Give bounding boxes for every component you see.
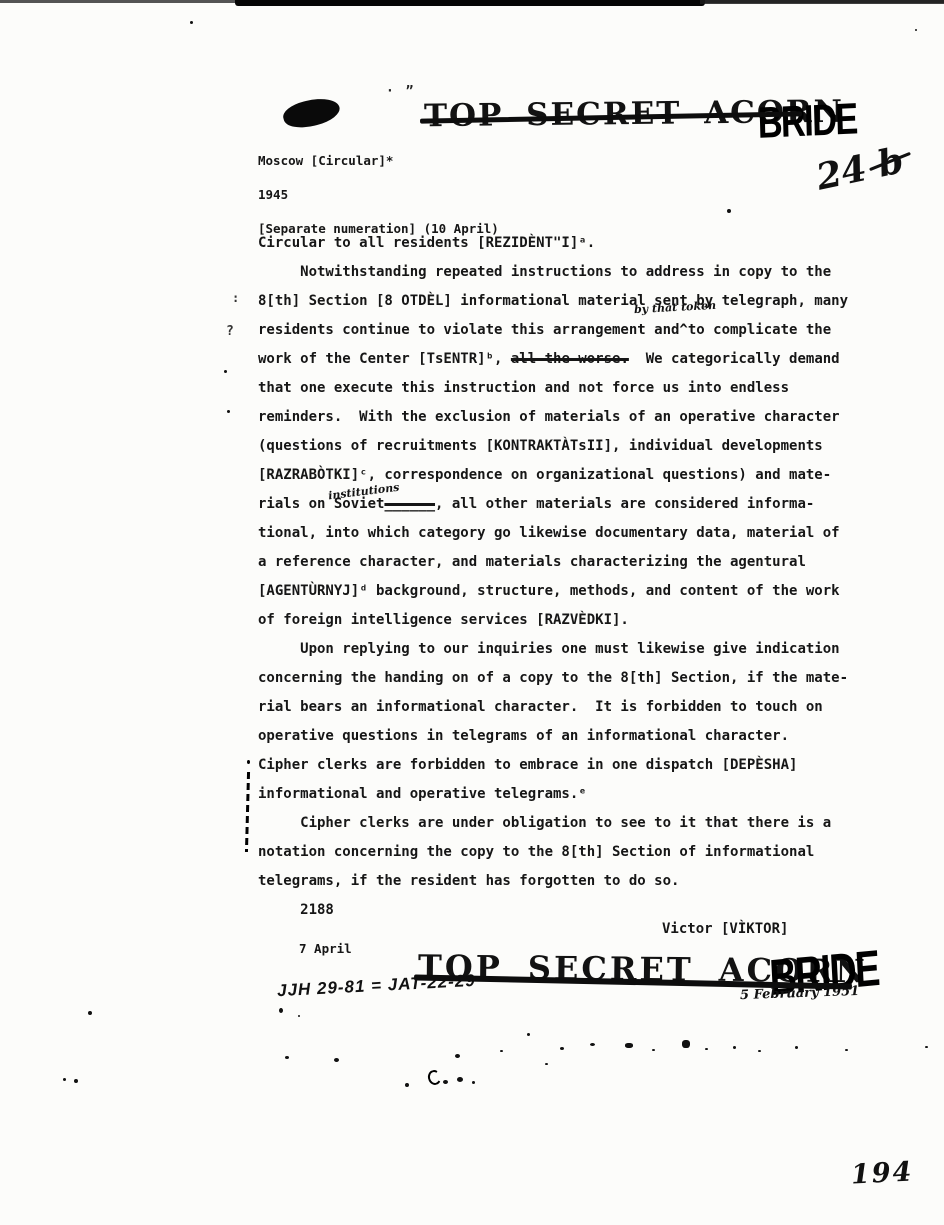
typed-text: reminders. With the exclusion of materia… <box>258 409 840 425</box>
year-line: 1945 <box>258 187 288 202</box>
document-line: 8[th] Section [8 OTDÈL] informational ma… <box>258 287 848 316</box>
typed-text: rial bears an informational character. I… <box>258 699 823 715</box>
address-block: Moscow [Circular]* 1945 [Separate numera… <box>258 152 499 237</box>
margin-mark: : <box>232 291 239 305</box>
document-line: Cipher clerks are forbidden to embrace i… <box>258 751 848 780</box>
scan-speck <box>298 1015 300 1017</box>
scan-speck <box>63 1078 66 1081</box>
typed-text: [RAZRABÒTKI]ᶜ, correspondence on organiz… <box>258 467 831 483</box>
scan-speck <box>74 1079 78 1083</box>
scan-speck <box>590 1043 595 1046</box>
scan-speck <box>682 1040 690 1048</box>
document-line: notation concerning the copy to the 8[th… <box>258 838 848 867</box>
scan-speck <box>915 29 917 31</box>
typed-text: Notwithstanding repeated instructions to… <box>258 264 831 280</box>
scan-speck <box>334 1058 339 1062</box>
scan-speck <box>727 209 731 213</box>
document-line: [AGENTÙRNYJ]ᵈ background, structure, met… <box>258 577 848 606</box>
typed-text: informational and operative telegrams.ᵉ <box>258 786 587 802</box>
scan-speck <box>758 1050 761 1052</box>
struck-text: ______ <box>384 496 435 512</box>
scan-speck <box>795 1046 798 1049</box>
scan-speck <box>500 1050 503 1052</box>
scan-speck <box>925 1046 928 1048</box>
typed-text: residents continue to violate this arran… <box>258 322 831 338</box>
scan-speck <box>705 1048 708 1050</box>
typed-text: [AGENTÙRNYJ]ᵈ background, structure, met… <box>258 583 840 599</box>
scan-mark-crescent <box>426 1069 442 1087</box>
document-line: [RAZRABÒTKI]ᶜ, correspondence on organiz… <box>258 461 848 490</box>
typed-text: work of the Center [TsENTR]ᵇ, <box>258 351 511 367</box>
typed-text: Circular to all residents [REZIDÈNT"I]ᵃ. <box>258 235 595 251</box>
typed-text: notation concerning the copy to the 8[th… <box>258 844 814 860</box>
typed-text: 8[th] Section [8 OTDÈL] informational ma… <box>258 293 848 309</box>
typed-text: telegrams, if the resident has forgotten… <box>258 873 679 889</box>
signature-line: Victor [VÌKTOR] <box>662 921 788 937</box>
scan-speck <box>560 1047 564 1050</box>
scan-speck <box>472 1081 475 1084</box>
margin-mark: ? <box>226 324 234 339</box>
scan-speck <box>224 370 227 373</box>
typed-text: Cipher clerks are forbidden to embrace i… <box>258 757 797 773</box>
document-line: (questions of recruitments [KONTRAKTÀTsI… <box>258 432 848 461</box>
body-lines: Circular to all residents [REZIDÈNT"I]ᵃ.… <box>258 229 848 925</box>
document-line: a reference character, and materials cha… <box>258 548 848 577</box>
typed-text: We categorically demand <box>629 351 840 367</box>
document-line: of foreign intelligence services [RAZVÈD… <box>258 606 848 635</box>
codeword-stamp-top: BRIDE <box>757 94 857 149</box>
origin-line: Moscow [Circular]* <box>258 153 393 168</box>
document-line: telegrams, if the resident has forgotten… <box>258 867 848 896</box>
typed-text: Cipher clerks are under obligation to se… <box>258 815 831 831</box>
typed-date: 7 April <box>299 941 352 956</box>
typed-text: operative questions in telegrams of an i… <box>258 728 789 744</box>
scan-speck <box>845 1049 848 1051</box>
scan-edge-artifact <box>235 0 705 6</box>
scan-speck <box>88 1011 92 1015</box>
document-line: residents continue to violate this arran… <box>258 316 848 345</box>
scan-speck <box>227 410 230 413</box>
document-line: work of the Center [TsENTR]ᵇ, all the wo… <box>258 345 848 374</box>
typed-text: tional, into which category go likewise … <box>258 525 840 541</box>
scan-speck <box>190 21 193 24</box>
ink-blot <box>281 93 343 132</box>
margin-squiggle <box>245 772 250 852</box>
document-line: Notwithstanding repeated instructions to… <box>258 258 848 287</box>
document-line: that one execute this instruction and no… <box>258 374 848 403</box>
document-line: Circular to all residents [REZIDÈNT"I]ᵃ. <box>258 229 848 258</box>
document-line: Cipher clerks are under obligation to se… <box>258 809 848 838</box>
scan-edge-artifact <box>700 0 944 4</box>
scan-speck <box>457 1077 463 1082</box>
typed-text: (questions of recruitments [KONTRAKTÀTsI… <box>258 438 823 454</box>
scan-speck <box>527 1033 530 1036</box>
typed-text: that one execute this instruction and no… <box>258 380 789 396</box>
scan-speck <box>405 1083 409 1087</box>
handwritten-page-number: 194 <box>850 1156 914 1190</box>
scan-speck <box>443 1080 448 1084</box>
typed-text: a reference character, and materials cha… <box>258 554 806 570</box>
document-line: Upon replying to our inquiries one must … <box>258 635 848 664</box>
scan-speck <box>545 1063 548 1065</box>
typed-text: rials on Soviet <box>258 496 384 512</box>
struck-text: all the worse. <box>511 351 629 367</box>
typed-text: of foreign intelligence services [RAZVÈD… <box>258 612 629 628</box>
typed-text: , all other materials are considered inf… <box>435 496 814 512</box>
document-line: informational and operative telegrams.ᵉ <box>258 780 848 809</box>
handwritten-page-ref: 24 b <box>813 139 908 198</box>
scan-speck <box>625 1043 633 1048</box>
document-line: rial bears an informational character. I… <box>258 693 848 722</box>
scan-speck <box>455 1054 460 1058</box>
document-line: operative questions in telegrams of an i… <box>258 722 848 751</box>
scan-speck <box>652 1049 655 1051</box>
scan-speck <box>285 1056 289 1059</box>
document-line: concerning the handing on of a copy to t… <box>258 664 848 693</box>
scanned-document-page: · ” TOP SECRET ACORN BRIDE 24 b Moscow [… <box>0 0 944 1225</box>
typed-text: concerning the handing on of a copy to t… <box>258 670 848 686</box>
scan-speck <box>279 1008 283 1013</box>
stray-quote-mark: · ” <box>386 84 415 99</box>
scan-speck <box>733 1046 736 1049</box>
margin-squiggle-dot <box>247 760 250 764</box>
document-line: tional, into which category go likewise … <box>258 519 848 548</box>
document-line: reminders. With the exclusion of materia… <box>258 403 848 432</box>
typed-text: Upon replying to our inquiries one must … <box>258 641 840 657</box>
typed-text: 2188 <box>258 902 334 918</box>
